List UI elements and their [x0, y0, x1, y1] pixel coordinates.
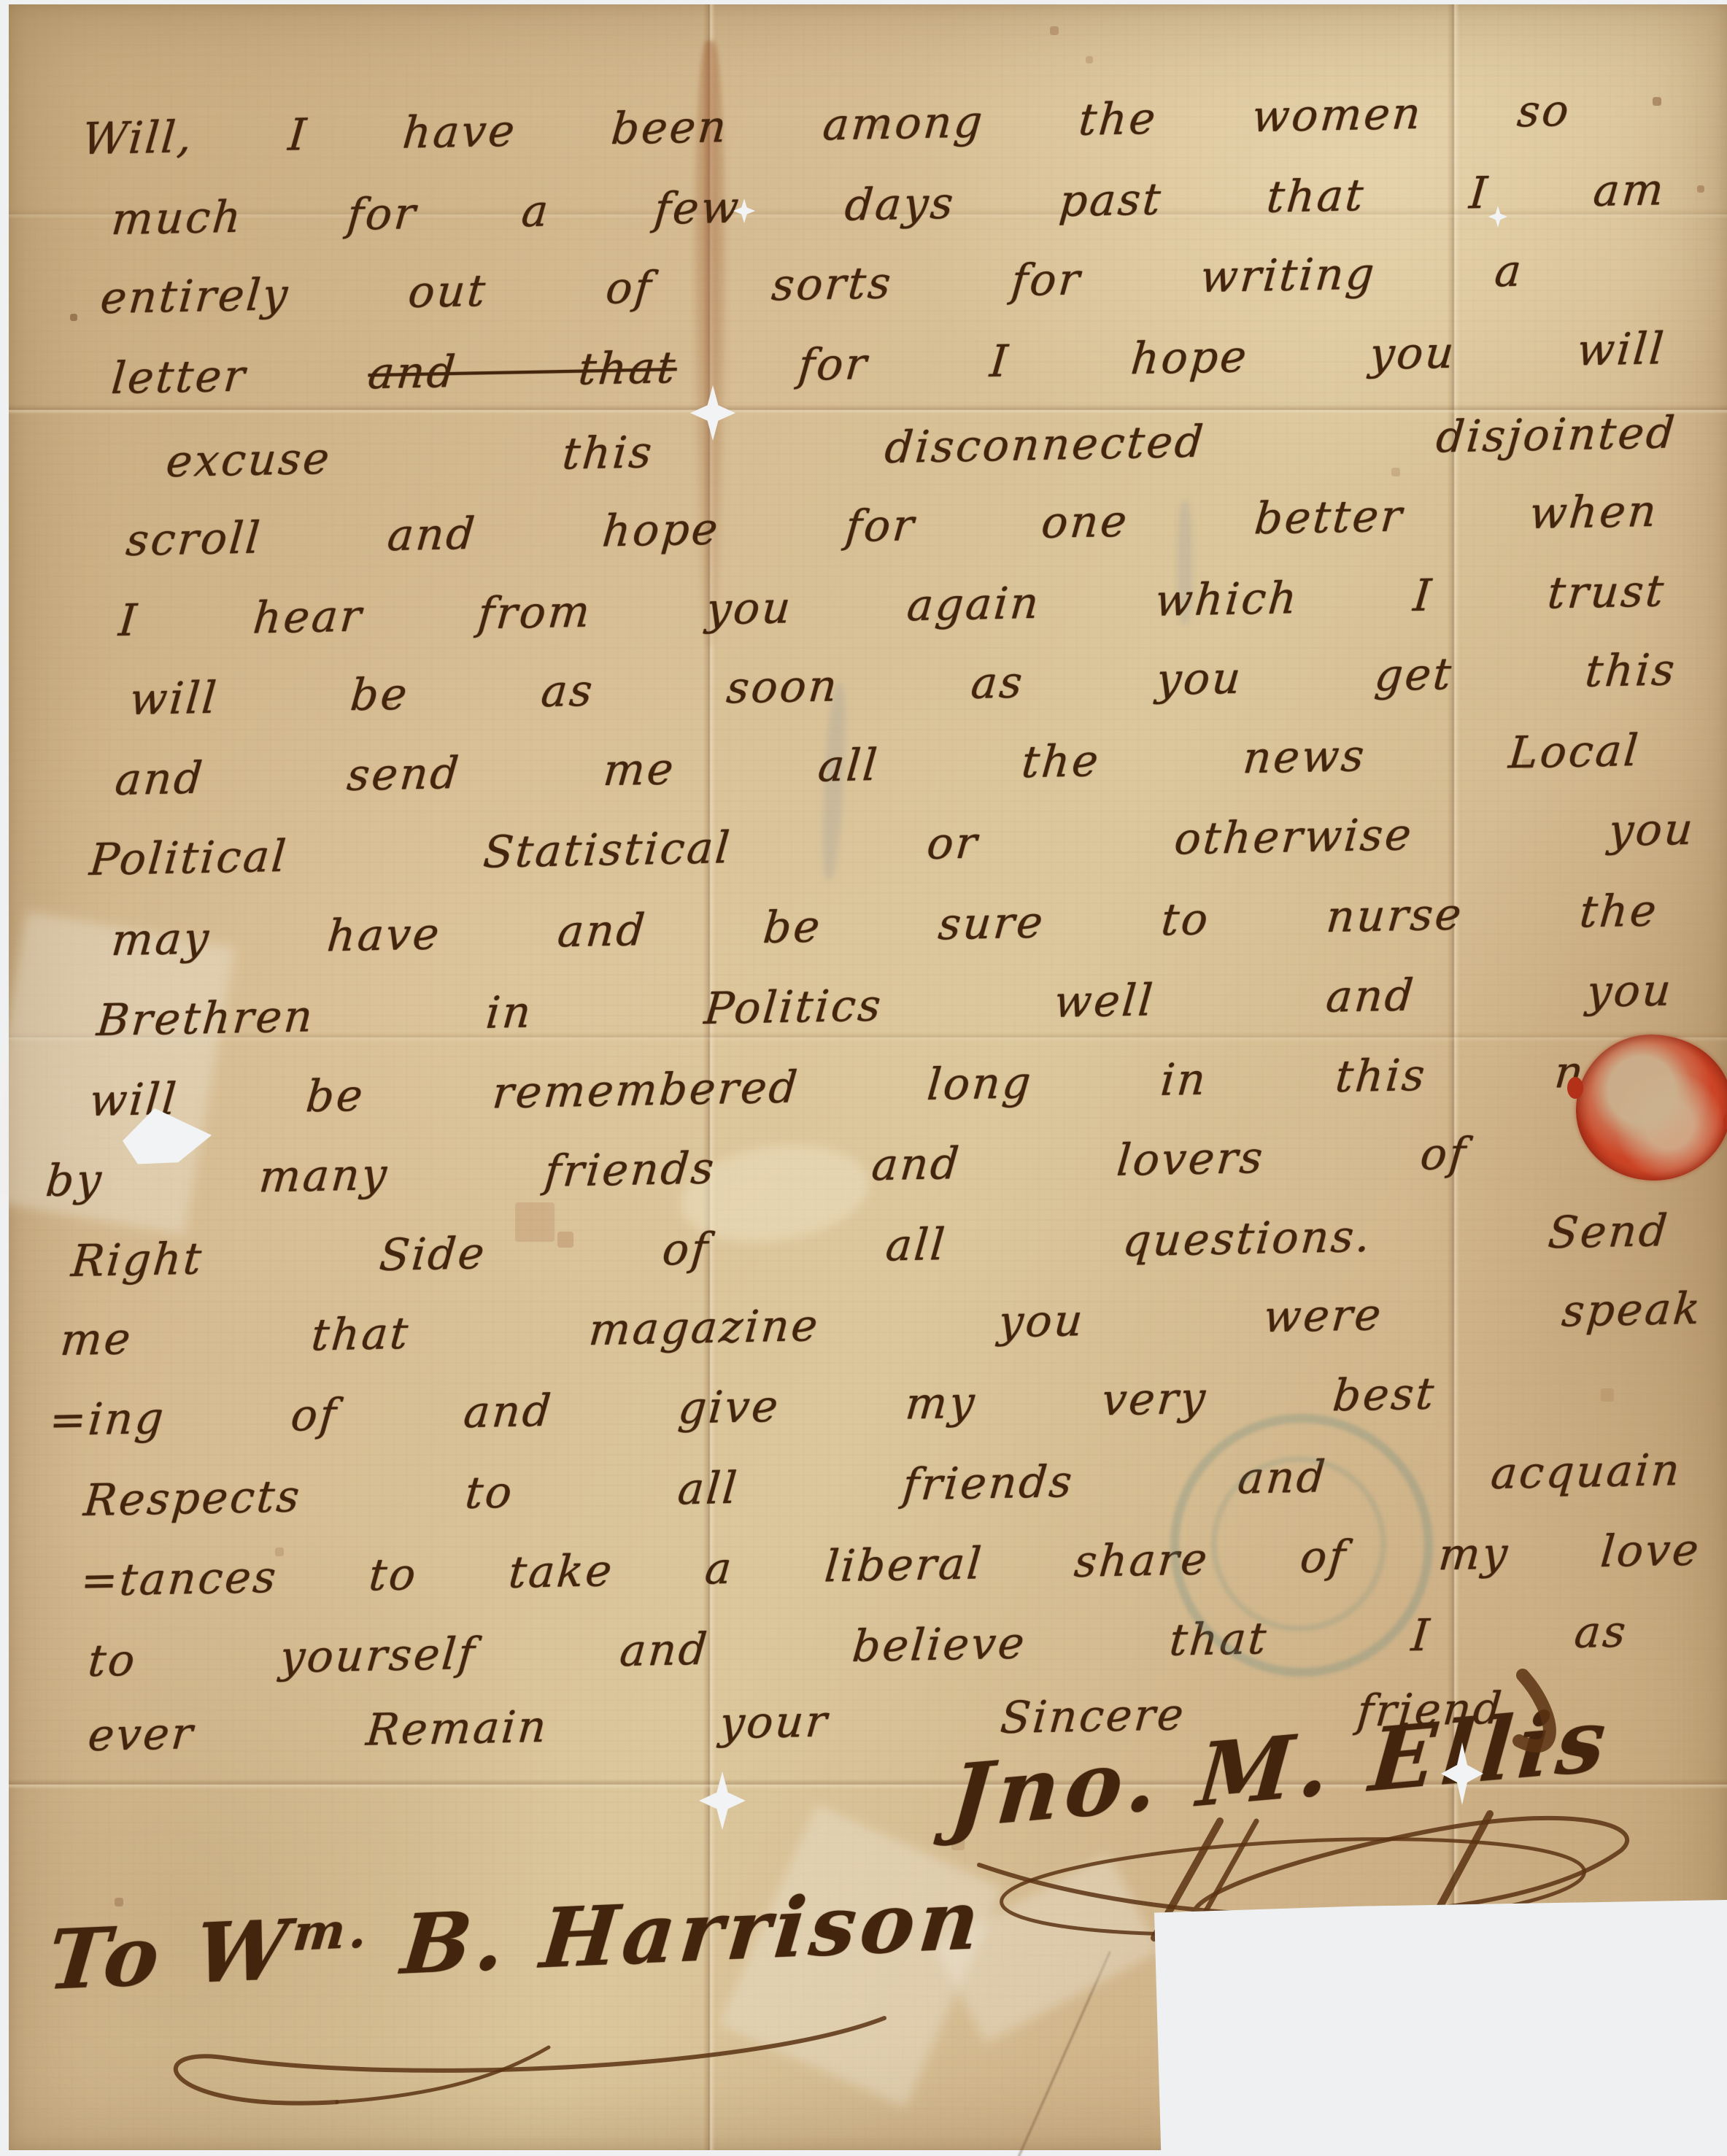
- wax-fleck: [1567, 1077, 1583, 1099]
- red-wax-seal: [1576, 1035, 1727, 1181]
- address-superscript: m.: [290, 1901, 374, 1962]
- faint-postal-stamp-inner: [1211, 1456, 1386, 1631]
- address-flourish: [96, 2004, 913, 2149]
- address-pre: To W: [44, 1902, 296, 2009]
- letter-scan: Will, I have been among the women so muc…: [0, 0, 1727, 2156]
- torn-missing-corner: [1154, 1900, 1727, 2156]
- line4-struck-words: and that: [366, 342, 679, 399]
- paper-sheet: Will, I have been among the women so muc…: [9, 4, 1727, 2150]
- line4-pre: letter: [109, 348, 371, 404]
- foxing-specks: [9, 4, 10, 6]
